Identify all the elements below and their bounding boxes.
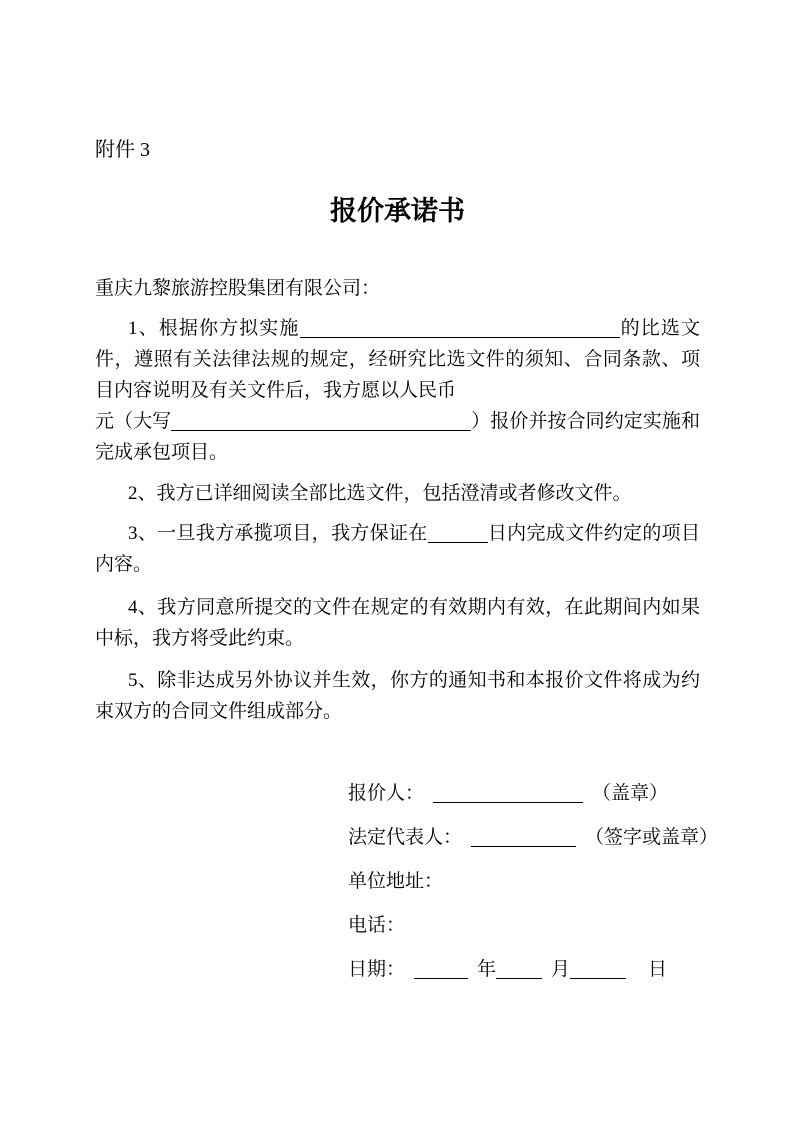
signature-block: 报价人：（盖章） 法定代表人：（签字或盖章） 单位地址： 电话： 日期：年月日 <box>348 778 700 985</box>
paragraph-3: 3、一旦我方承揽项目，我方保证在日内完成文件约定的项目内容。 <box>95 518 700 580</box>
paragraph-5: 5、除非达成另外协议并生效，你方的通知书和本报价文件将成为约束双方的合同文件组成… <box>95 665 700 727</box>
paragraph-1-text-a: 1、根据你方拟实施 <box>128 318 300 339</box>
document-title: 报价承诺书 <box>95 194 700 228</box>
address-row: 单位地址： <box>348 866 700 897</box>
blank-year <box>414 959 468 979</box>
blank-month <box>496 959 542 979</box>
blank-amount-in-words <box>171 411 471 431</box>
paragraph-1-text-c: 元（大写 <box>95 411 171 432</box>
legal-rep-seal-note: （签字或盖章） <box>585 827 718 848</box>
blank-day <box>570 959 626 979</box>
paragraph-2: 2、我方已详细阅读全部比选文件，包括澄清或者修改文件。 <box>95 478 700 509</box>
month-label: 月 <box>551 959 570 980</box>
salutation: 重庆九黎旅游控股集团有限公司： <box>95 273 700 304</box>
paragraph-1: 1、根据你方拟实施的比选文件，遵照有关法律法规的规定，经研究比选文件的须知、合同… <box>95 313 700 468</box>
blank-project-name <box>300 318 620 338</box>
blank-completion-days <box>428 523 488 543</box>
paragraph-2-text: 2、我方已详细阅读全部比选文件，包括澄清或者修改文件。 <box>128 483 632 504</box>
phone-row: 电话： <box>348 910 700 941</box>
paragraph-5-text: 5、除非达成另外协议并生效，你方的通知书和本报价文件将成为约束双方的合同文件组成… <box>95 670 700 722</box>
document-page: 附件 3 报价承诺书 重庆九黎旅游控股集团有限公司： 1、根据你方拟实施的比选文… <box>0 0 793 1122</box>
phone-label: 电话： <box>348 915 405 936</box>
legal-rep-row: 法定代表人：（签字或盖章） <box>348 822 700 853</box>
attachment-label: 附件 3 <box>95 135 700 166</box>
day-label: 日 <box>648 959 667 980</box>
date-label: 日期： <box>348 959 405 980</box>
paragraph-3-text-a: 3、一旦我方承揽项目，我方保证在 <box>128 523 428 544</box>
bidder-label: 报价人： <box>348 783 424 804</box>
legal-rep-label: 法定代表人： <box>348 827 462 848</box>
blank-legal-rep-name <box>471 827 576 847</box>
bidder-row: 报价人：（盖章） <box>348 778 700 809</box>
bidder-seal-note: （盖章） <box>592 783 668 804</box>
blank-bidder-name <box>433 783 583 803</box>
paragraph-4-text: 4、我方同意所提交的文件在规定的有效期内有效，在此期间内如果中标，我方将受此约束… <box>95 597 700 649</box>
address-label: 单位地址： <box>348 871 443 892</box>
year-label: 年 <box>477 959 496 980</box>
paragraph-4: 4、我方同意所提交的文件在规定的有效期内有效，在此期间内如果中标，我方将受此约束… <box>95 592 700 654</box>
date-row: 日期：年月日 <box>348 954 700 985</box>
